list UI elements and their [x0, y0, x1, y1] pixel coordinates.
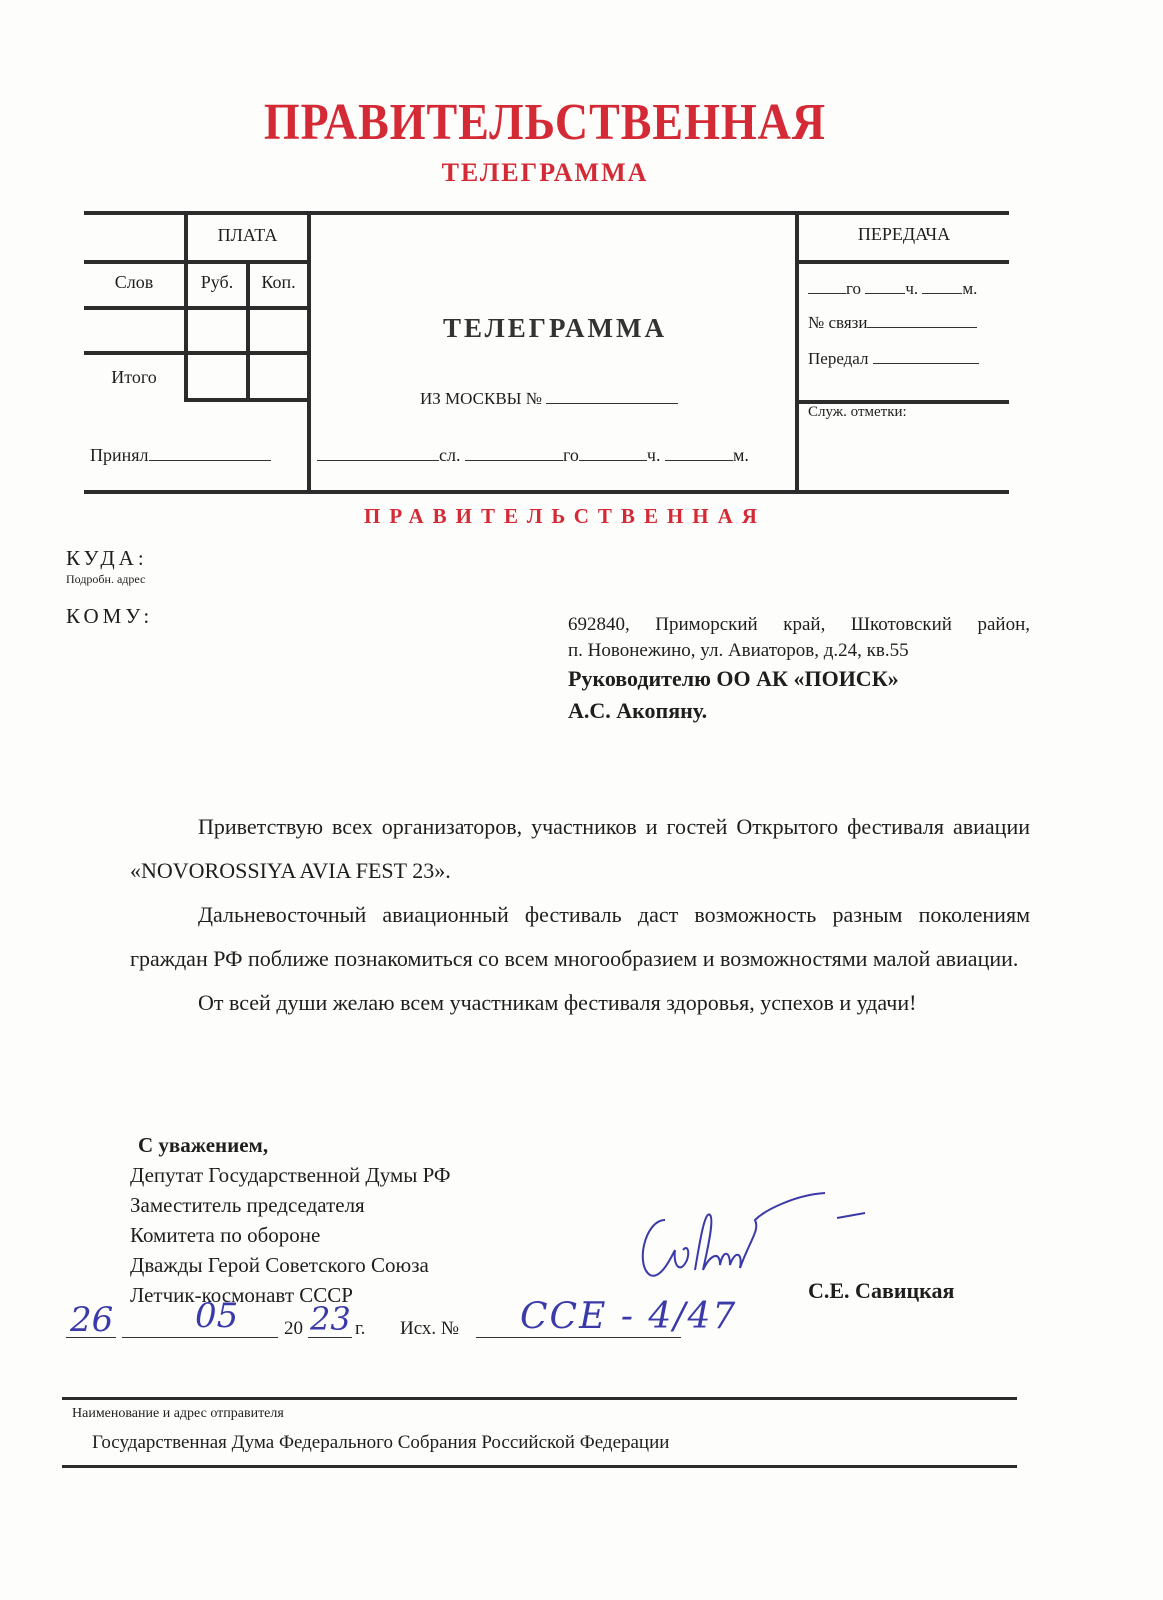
center-time-row: сл. гоч. м.: [317, 443, 749, 466]
signer-name: С.Е. Савицкая: [808, 1278, 954, 1304]
letter-body: Приветствую всех организаторов, участник…: [130, 805, 1030, 1025]
kop-label: Коп.: [250, 272, 307, 293]
date-year: 23: [310, 1300, 351, 1338]
blank: [665, 443, 733, 461]
document-subtitle: ТЕЛЕГРАММА: [0, 158, 1090, 188]
year-prefix: 20: [284, 1318, 303, 1340]
ch-label: ч.: [647, 445, 661, 465]
recipient-name: А.С. Акопяну.: [568, 698, 707, 724]
from-moscow-field: ИЗ МОСКВЫ №: [420, 386, 678, 409]
peredacha-time-row: го ч. м.: [808, 276, 977, 299]
form-divider: [84, 260, 310, 264]
ch-label: ч.: [905, 279, 918, 298]
blank: [317, 443, 439, 461]
blank: [873, 346, 979, 364]
date-month: 05: [195, 1296, 238, 1336]
blank: [867, 310, 977, 328]
plata-label: ПЛАТА: [188, 225, 307, 246]
kuda-label: КУДА:: [66, 546, 148, 571]
form-top-border: [84, 211, 1009, 215]
itogo-label: Итого: [84, 367, 184, 388]
form-divider: [84, 351, 310, 355]
m-label: м.: [733, 445, 749, 465]
prinyal-label: Принял: [90, 445, 149, 465]
sender-label: Наименование и адрес отправителя: [72, 1406, 284, 1422]
form-bottom-border: [84, 490, 1009, 494]
sluzh-label: Служ. отметки:: [808, 404, 907, 421]
address-line-2: п. Новонежино, ул. Авиаторов, д.24, кв.5…: [568, 640, 1030, 662]
telegram-heading: ТЕЛЕГРАММА: [310, 313, 800, 344]
peredal-label: Передал: [808, 349, 868, 368]
body-paragraph: От всей души желаю всем участникам фести…: [130, 981, 1030, 1025]
go-label: го: [563, 445, 579, 465]
peredacha-label: ПЕРЕДАЧА: [799, 224, 1009, 245]
signer-title: Дважды Герой Советского Союза: [130, 1250, 451, 1280]
komu-label: КОМУ:: [66, 604, 153, 629]
svyazi-field: № связи: [808, 310, 977, 333]
date-day: 26: [70, 1300, 113, 1340]
body-paragraph: Приветствую всех организаторов, участник…: [130, 805, 1030, 893]
document-title: ПРАВИТЕЛЬСТВЕННАЯ: [0, 92, 1090, 151]
svyazi-label: № связи: [808, 313, 867, 332]
blank: [579, 443, 647, 461]
recipient-position: Руководителю ОО АК «ПОИСК»: [568, 666, 899, 692]
go-label: го: [846, 279, 861, 298]
body-paragraph: Дальневосточный авиационный фестиваль да…: [130, 893, 1030, 981]
footer-bottom-border: [62, 1465, 1017, 1468]
kuda-sub-label: Подробн. адрес: [66, 572, 145, 587]
month-blank: [122, 1336, 278, 1338]
form-divider: [84, 306, 310, 310]
address-line-1: 692840, Приморский край, Шкотовский райо…: [568, 614, 1030, 636]
m-label: м.: [962, 279, 977, 298]
blank: [465, 443, 563, 461]
prinyal-field: Принял: [90, 443, 271, 466]
rub-label: Руб.: [188, 272, 246, 293]
form-divider: [795, 211, 799, 494]
from-moscow-label: ИЗ МОСКВЫ №: [420, 389, 542, 408]
prinyal-blank: [149, 443, 271, 461]
signer-title: Заместитель председателя: [130, 1190, 451, 1220]
blank: [922, 276, 962, 294]
sl-label: сл.: [439, 445, 460, 465]
signer-title: Депутат Государственной Думы РФ: [130, 1160, 451, 1190]
ref-label: Исх. №: [400, 1318, 459, 1340]
handwritten-signature-icon: [625, 1180, 895, 1290]
signer-title: Летчик-космонавт СССР: [130, 1280, 451, 1310]
form-divider: [798, 260, 1009, 264]
year-unit: г.: [355, 1318, 365, 1340]
blank: [865, 276, 905, 294]
blank: [808, 276, 846, 294]
signer-title: Комитета по обороне: [130, 1220, 451, 1250]
signature-block: С уважением, Депутат Государственной Дум…: [130, 1130, 451, 1310]
peredal-field: Передал: [808, 346, 979, 369]
footer-top-border: [62, 1397, 1017, 1400]
from-moscow-blank: [546, 386, 678, 404]
closing: С уважением,: [130, 1130, 451, 1160]
sender-name: Государственная Дума Федерального Собран…: [92, 1432, 669, 1454]
ref-number: ССЕ - 4/47: [520, 1296, 737, 1337]
government-banner: ПРАВИТЕЛЬСТВЕННАЯ: [320, 504, 810, 529]
slov-label: Слов: [84, 272, 184, 293]
form-divider: [307, 211, 311, 494]
